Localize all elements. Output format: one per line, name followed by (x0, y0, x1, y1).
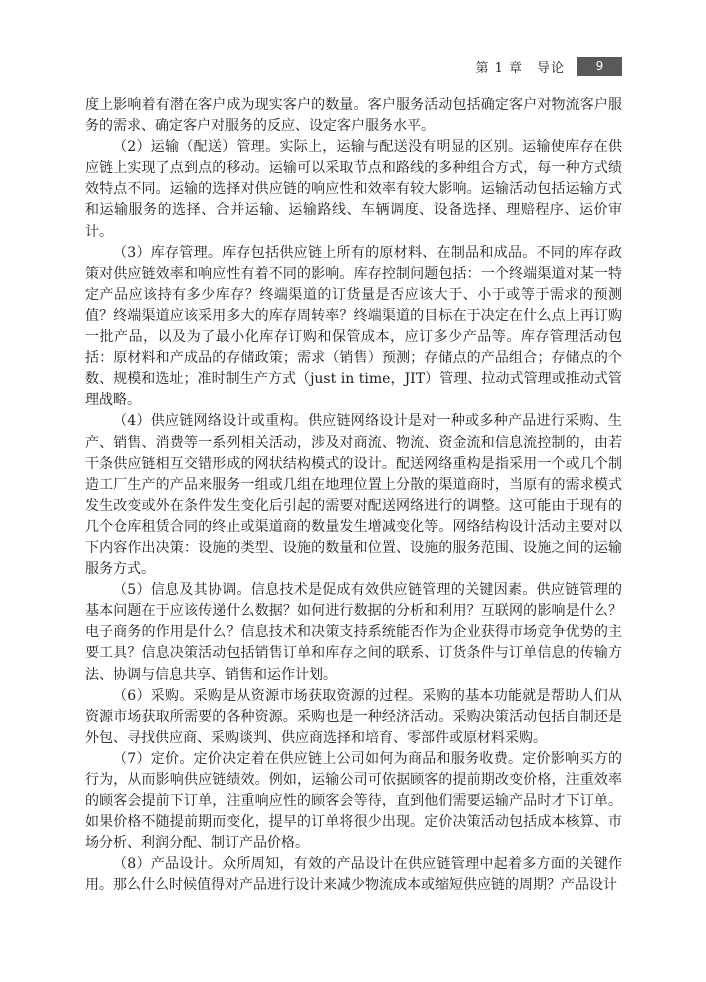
body-text: 度上影响着有潜在客户成为现实客户的数量。客户服务活动包括确定客户对物流客户服务的… (85, 95, 622, 897)
paragraph-pricing: （7）定价。定价决定着在供应链上公司如何为商品和服务收费。定价影响买方的行为，从… (85, 749, 622, 854)
paragraph-information-coordination: （5）信息及其协调。信息技术是促成有效供应链管理的关键因素。供应链管理的基本问题… (85, 580, 622, 685)
book-page: 第 1 章 导论 9 度上影响着有潜在客户成为现实客户的数量。客户服务活动包括确… (0, 0, 706, 982)
chapter-title: 第 1 章 导论 (475, 57, 565, 76)
paragraph-inventory-management: （3）库存管理。库存包括供应链上所有的原材料、在制品和成品。不同的库存政策对供应… (85, 243, 622, 412)
page-header: 第 1 章 导论 9 (85, 57, 622, 76)
paragraph-product-design: （8）产品设计。众所周知，有效的产品设计在供应链管理中起着多方面的关键作用。那么… (85, 854, 622, 896)
paragraph-procurement: （6）采购。采购是从资源市场获取资源的过程。采购的基本功能就是帮助人们从资源市场… (85, 686, 622, 749)
paragraph-customer-service-continuation: 度上影响着有潜在客户成为现实客户的数量。客户服务活动包括确定客户对物流客户服务的… (85, 95, 622, 137)
paragraph-network-design: （4）供应链网络设计或重构。供应链网络设计是对一种或多种产品进行采购、生产、销售… (85, 411, 622, 580)
page-number-badge: 9 (577, 57, 622, 76)
paragraph-transport-management: （2）运输（配送）管理。实际上，运输与配送没有明显的区别。运输使库存在供应链上实… (85, 137, 622, 242)
